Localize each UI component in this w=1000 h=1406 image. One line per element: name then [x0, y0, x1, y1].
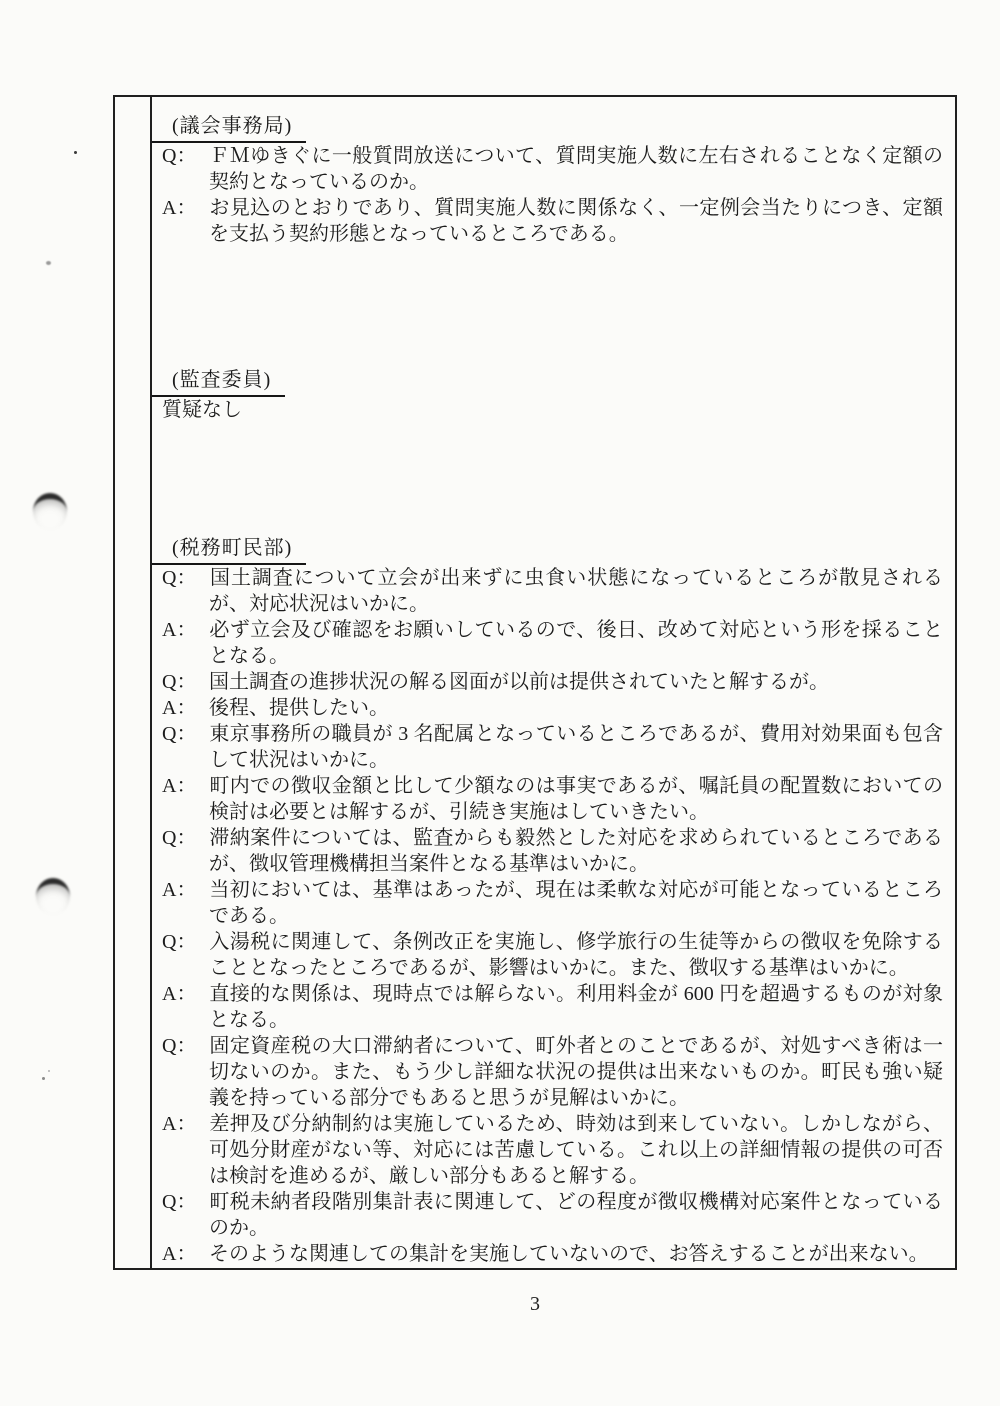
qa-text: 当初においては、基準はあったが、現在は柔軟な対応が可能となっているところである。 — [209, 879, 943, 927]
qa-text: 滞納案件については、監査からも毅然とした対応を求められているところであるが、徴収… — [209, 827, 943, 875]
qa-label: A： — [162, 1111, 209, 1137]
qa-label: A： — [162, 877, 209, 903]
qa-label: A： — [162, 195, 209, 221]
qa-text: そのような関連しての集計を実施していないので、お答えすることが出来ない。 — [209, 1243, 929, 1265]
answer-item: A：直接的な関係は、現時点では解らない。利用料金が 600 円を超過するものが対… — [162, 981, 943, 1033]
section-heading: (税務町民部) — [152, 535, 943, 565]
qa-text: 質疑なし — [162, 399, 242, 421]
qa-label: Q： — [162, 1033, 209, 1059]
question-item: Q：固定資産税の大口滞納者について、町外者とのことであるが、対処すべき術は一切な… — [162, 1033, 943, 1111]
answer-item: A：必ず立会及び確認をお願いしているので、後日、改めて対応という形を採ることとな… — [162, 617, 943, 669]
qa-text: 町内での徴収金額と比して少額なのは事実であるが、嘱託員の配置数においての検討は必… — [209, 775, 943, 823]
qa-label: Q： — [162, 929, 209, 955]
scan-speck — [74, 151, 77, 154]
scan-speck — [48, 1070, 50, 1072]
question-item: Q：町税未納者段階別集計表に関連して、どの程度が徴収機構対応案件となっているのか… — [162, 1189, 943, 1241]
qa-text: 国土調査の進捗状況の解る図面が以前は提供されていたと解するが。 — [209, 671, 829, 693]
section-3: (税務町民部)Q：国土調査について立会が出来ずに虫食い状態になっているところが散… — [162, 535, 943, 1267]
question-item: Q：国土調査について立会が出来ずに虫食い状態になっているところが散見されるが、対… — [162, 565, 943, 617]
answer-item: A：そのような関連しての集計を実施していないので、お答えすることが出来ない。 — [162, 1241, 943, 1267]
answer-item: A：差押及び分納制約は実施しているため、時効は到来していない。しかしながら、可処… — [162, 1111, 943, 1189]
qa-label: A： — [162, 695, 209, 721]
qa-label: A： — [162, 773, 209, 799]
qa-text: 東京事務所の職員が 3 名配属となっているところであるが、費用対効果面も包含して… — [209, 723, 943, 771]
qa-label: Q： — [162, 721, 209, 747]
punch-hole-artifact — [33, 493, 67, 530]
qa-label: Q： — [162, 143, 209, 169]
scan-speck — [46, 261, 51, 265]
qa-label: Q： — [162, 669, 209, 695]
answer-item: A：当初においては、基準はあったが、現在は柔軟な対応が可能となっているところであ… — [162, 877, 943, 929]
question-item: Q：国土調査の進捗状況の解る図面が以前は提供されていたと解するが。 — [162, 669, 943, 695]
qa-text: 固定資産税の大口滞納者について、町外者とのことであるが、対処すべき術は一切ないの… — [209, 1035, 943, 1109]
scanned-document-page: (議会事務局)Q：ＦＭゆきぐに一般質問放送について、質問実施人数に左右されること… — [0, 0, 1000, 1406]
question-item: Q：ＦＭゆきぐに一般質問放送について、質問実施人数に左右されることなく定額の契約… — [162, 143, 943, 195]
qa-label: A： — [162, 1241, 209, 1267]
section-heading-text: (議会事務局) — [152, 113, 306, 143]
page-number: 3 — [113, 1293, 957, 1316]
qa-text: 必ず立会及び確認をお願いしているので、後日、改めて対応という形を採ることとなる。 — [209, 619, 943, 667]
qa-text: 直接的な関係は、現時点では解らない。利用料金が 600 円を超過するものが対象と… — [209, 983, 943, 1031]
section-heading: (議会事務局) — [152, 113, 943, 143]
qa-label: Q： — [162, 1189, 209, 1215]
section-1: (議会事務局)Q：ＦＭゆきぐに一般質問放送について、質問実施人数に左右されること… — [162, 113, 943, 247]
qa-text: 後程、提供したい。 — [209, 697, 389, 719]
section-heading-text: (監査委員) — [152, 367, 285, 397]
qa-label: A： — [162, 981, 209, 1007]
qa-text: ＦＭゆきぐに一般質問放送について、質問実施人数に左右されることなく定額の契約とな… — [209, 145, 943, 193]
qa-label: Q： — [162, 825, 209, 851]
section-2: (監査委員)質疑なし — [162, 367, 943, 423]
question-item: Q：東京事務所の職員が 3 名配属となっているところであるが、費用対効果面も包含… — [162, 721, 943, 773]
qa-text: お見込のとおりであり、質問実施人数に関係なく、一定例会当たりにつき、定額を支払う… — [209, 197, 943, 245]
answer-item: A：後程、提供したい。 — [162, 695, 943, 721]
answer-item: A：町内での徴収金額と比して少額なのは事実であるが、嘱託員の配置数においての検討… — [162, 773, 943, 825]
note-item: 質疑なし — [162, 397, 943, 423]
qa-label: A： — [162, 617, 209, 643]
qa-text: 国土調査について立会が出来ずに虫食い状態になっているところが散見されるが、対応状… — [209, 567, 943, 615]
qa-text: 町税未納者段階別集計表に関連して、どの程度が徴収機構対応案件となっているのか。 — [209, 1191, 943, 1239]
qa-label: Q： — [162, 565, 209, 591]
answer-item: A：お見込のとおりであり、質問実施人数に関係なく、一定例会当たりにつき、定額を支… — [162, 195, 943, 247]
scan-speck — [42, 1077, 45, 1080]
qa-text: 入湯税に関連して、条例改正を実施し、修学旅行の生徒等からの徴収を免除することとな… — [209, 931, 943, 979]
section-heading-text: (税務町民部) — [152, 535, 306, 565]
punch-hole-artifact — [36, 878, 70, 915]
qa-sections: (議会事務局)Q：ＦＭゆきぐに一般質問放送について、質問実施人数に左右されること… — [150, 97, 955, 1268]
question-item: Q：滞納案件については、監査からも毅然とした対応を求められているところであるが、… — [162, 825, 943, 877]
document-frame: (議会事務局)Q：ＦＭゆきぐに一般質問放送について、質問実施人数に左右されること… — [113, 95, 957, 1270]
qa-text: 差押及び分納制約は実施しているため、時効は到来していない。しかしながら、可処分財… — [209, 1113, 943, 1187]
question-item: Q：入湯税に関連して、条例改正を実施し、修学旅行の生徒等からの徴収を免除すること… — [162, 929, 943, 981]
section-heading: (監査委員) — [152, 367, 943, 397]
